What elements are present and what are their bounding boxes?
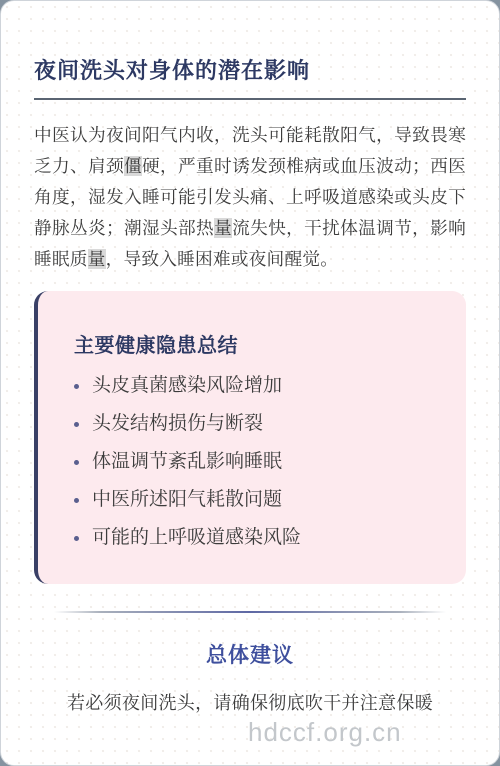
intro-text-segment: 量 xyxy=(88,249,106,269)
bullet-dot-icon xyxy=(74,536,79,541)
footer-divider xyxy=(54,611,446,613)
title-divider xyxy=(34,98,466,100)
bullet-dot-icon xyxy=(74,498,79,503)
list-item: 头皮真菌感染风险增加 xyxy=(74,376,438,396)
intro-text-segment: 僵 xyxy=(124,156,142,176)
advice-heading: 总体建议 xyxy=(34,639,466,669)
bullet-dot-icon xyxy=(74,422,79,427)
summary-panel: 主要健康隐患总结 头皮真菌感染风险增加 头发结构损伤与断裂 体温调节紊乱影响睡眠 xyxy=(34,291,466,584)
intro-text-segment: 量 xyxy=(214,218,232,238)
summary-heading: 主要健康隐患总结 xyxy=(74,329,438,358)
watermark: hdccf.org.cn xyxy=(248,717,402,748)
list-item: 中医所述阳气耗散问题 xyxy=(74,490,438,510)
summary-list: 头皮真菌感染风险增加 头发结构损伤与断裂 体温调节紊乱影响睡眠 中医所述阳气耗散… xyxy=(74,376,438,548)
list-item-label: 头皮真菌感染风险增加 xyxy=(92,376,282,396)
list-item: 可能的上呼吸道感染风险 xyxy=(74,528,438,548)
page-title: 夜间洗头对身体的潜在影响 xyxy=(34,57,466,85)
content-card: 夜间洗头对身体的潜在影响 中医认为夜间阳气内收，洗头可能耗散阳气，导致畏寒乏力、… xyxy=(0,0,500,766)
list-item: 体温调节紊乱影响睡眠 xyxy=(74,452,438,472)
list-item-label: 可能的上呼吸道感染风险 xyxy=(92,528,301,548)
advice-text: 若必须夜间洗头，请确保彻底吹干并注意保暖 xyxy=(34,689,466,715)
bullet-dot-icon xyxy=(74,384,79,389)
list-item-label: 中医所述阳气耗散问题 xyxy=(92,490,282,510)
list-item: 头发结构损伤与断裂 xyxy=(74,414,438,434)
intro-text-segment: ，导致入睡困难或夜间醒觉。 xyxy=(106,249,339,269)
bullet-dot-icon xyxy=(74,460,79,465)
list-item-label: 头发结构损伤与断裂 xyxy=(92,414,263,434)
list-item-label: 体温调节紊乱影响睡眠 xyxy=(92,452,282,472)
intro-paragraph: 中医认为夜间阳气内收，洗头可能耗散阳气，导致畏寒乏力、肩颈僵硬，严重时诱发颈椎病… xyxy=(34,120,466,275)
